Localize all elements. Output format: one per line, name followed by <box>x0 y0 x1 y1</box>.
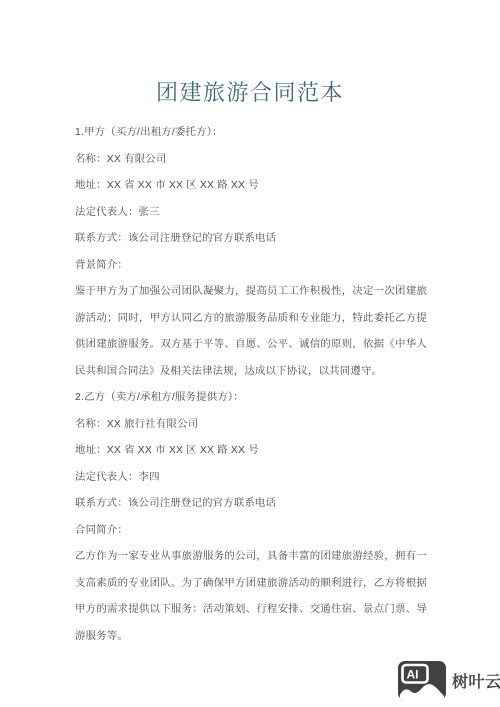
contract-intro-label: 合同简介： <box>75 518 427 545</box>
party-a-address: 地址：XX 省 XX 市 XX 区 XX 路 XX 号 <box>75 173 427 200</box>
logo-ai-text: AI <box>407 668 419 682</box>
party-a-contact: 联系方式：该公司注册登记的官方联系电话 <box>75 226 427 253</box>
party-b-name: 名称：XX 旅行社有限公司 <box>75 412 427 439</box>
party-b-heading: 2.乙方（卖方/承租方/服务提供方）： <box>75 385 427 412</box>
party-b-address: 地址：XX 省 XX 市 XX 区 XX 路 XX 号 <box>75 438 427 465</box>
party-b-legal-representative: 法定代表人：李四 <box>75 465 427 492</box>
party-b-contact: 联系方式：该公司注册登记的官方联系电话 <box>75 491 427 518</box>
background-intro-paragraph: 鉴于甲方为了加强公司团队凝聚力，提高员工工作积极性，决定一次团建旅游活动；同时，… <box>75 279 427 385</box>
watermark-brand-text: 树叶云 <box>452 669 500 692</box>
contract-intro-paragraph: 乙方作为一家专业从事旅游服务的公司，具备丰富的团建旅游经验，拥有一支高素质的专业… <box>75 544 427 650</box>
background-intro-label: 背景简介： <box>75 253 427 280</box>
watermark: AI 树叶云 <box>398 661 500 700</box>
contract-document: 团建旅游合同范本 1.甲方（买方/出租方/委托方）： 名称：XX 有限公司 地址… <box>0 0 500 707</box>
party-a-legal-representative: 法定代表人：张三 <box>75 200 427 227</box>
party-a-name: 名称：XX 有限公司 <box>75 147 427 174</box>
party-a-heading: 1.甲方（买方/出租方/委托方）： <box>75 120 427 147</box>
ai-image-logo-icon: AI <box>398 661 446 700</box>
document-title: 团建旅游合同范本 <box>0 80 500 106</box>
document-body: 1.甲方（买方/出租方/委托方）： 名称：XX 有限公司 地址：XX 省 XX … <box>75 120 427 650</box>
